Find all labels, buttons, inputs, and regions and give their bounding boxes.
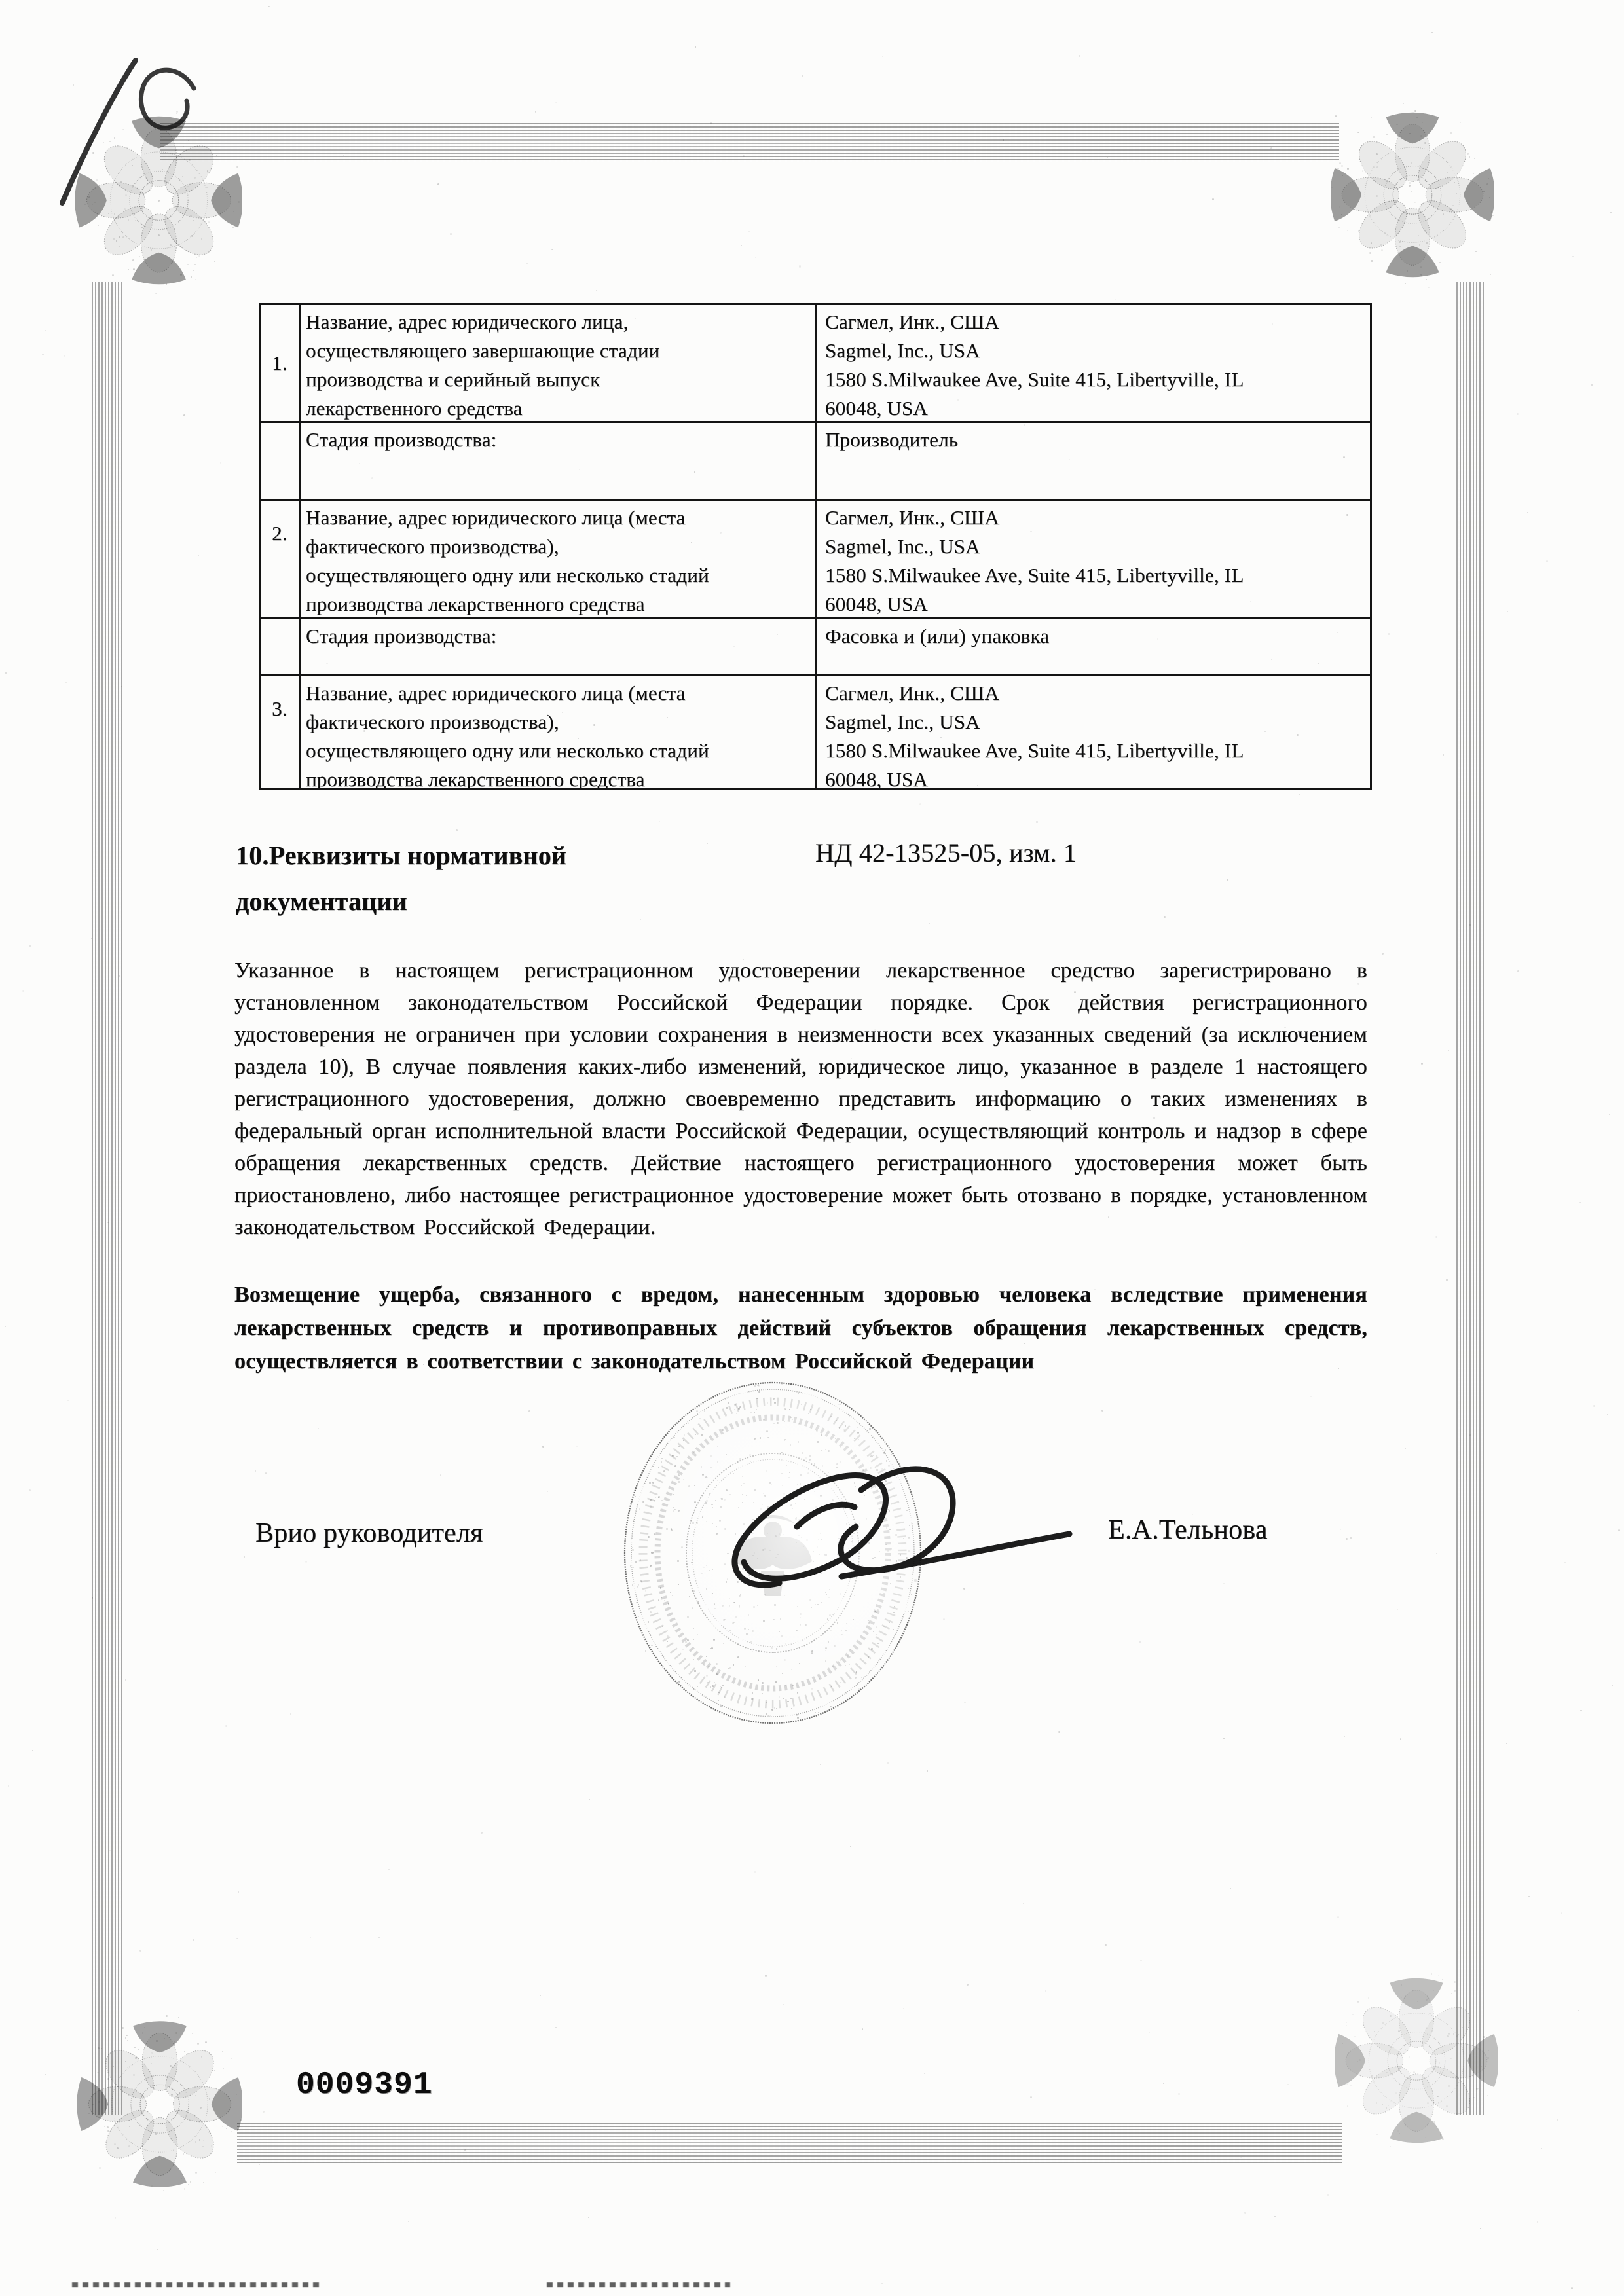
corner-rosette-bottom-right bbox=[1335, 1967, 1498, 2154]
stage-label: Стадия производства: bbox=[299, 617, 815, 674]
certificate-page: 1. Название, адрес юридического лица, ос… bbox=[0, 0, 1624, 2296]
signatory-role-label: Врио руководителя bbox=[255, 1518, 483, 1549]
row-value: Сагмел, Инк., США Sagmel, Inc., USA 1580… bbox=[815, 674, 1370, 788]
row-number-empty bbox=[261, 421, 299, 499]
normative-doc-number: НД 42-13525-05, изм. 1 bbox=[815, 837, 1077, 868]
row-value: Сагмел, Инк., США Sagmel, Inc., USA 1580… bbox=[815, 499, 1370, 617]
section-10-heading: 10.Реквизиты нормативной документации bbox=[236, 833, 629, 924]
row-number-empty bbox=[261, 617, 299, 674]
signatory-name: Е.А.Тельнова bbox=[1108, 1514, 1268, 1546]
footer-smudge bbox=[72, 2282, 321, 2287]
stage-value: Производитель bbox=[815, 421, 1370, 499]
manufacturer-table: 1. Название, адрес юридического лица, ос… bbox=[259, 303, 1372, 790]
corner-rosette-bottom-left bbox=[77, 2010, 242, 2198]
corner-rosette-top-right bbox=[1331, 101, 1494, 288]
row-number: 3. bbox=[261, 674, 299, 788]
row-number: 2. bbox=[261, 499, 299, 617]
row-value: Сагмел, Инк., США Sagmel, Inc., USA 1580… bbox=[815, 305, 1370, 421]
stage-label: Стадия производства: bbox=[299, 421, 815, 499]
row-number: 1. bbox=[261, 305, 299, 421]
liability-paragraph: Возмещение ущерба, связанного с вредом, … bbox=[234, 1278, 1367, 1378]
row-label: Название, адрес юридического лица, осуще… bbox=[299, 305, 815, 421]
guilloche-band-left bbox=[92, 282, 122, 2115]
guilloche-band-top bbox=[160, 123, 1339, 162]
stage-value: Фасовка и (или) упаковка bbox=[815, 617, 1370, 674]
guilloche-band-right bbox=[1456, 282, 1484, 2115]
row-label: Название, адрес юридического лица (места… bbox=[299, 499, 815, 617]
guilloche-band-bottom bbox=[237, 2123, 1342, 2163]
serial-number: 0009391 bbox=[296, 2068, 433, 2103]
legal-paragraph: Указанное в настоящем регистрационном уд… bbox=[234, 955, 1367, 1243]
footer-smudge bbox=[547, 2282, 730, 2287]
signature-stroke bbox=[645, 1427, 1103, 1650]
row-label: Название, адрес юридического лица (места… bbox=[299, 674, 815, 788]
